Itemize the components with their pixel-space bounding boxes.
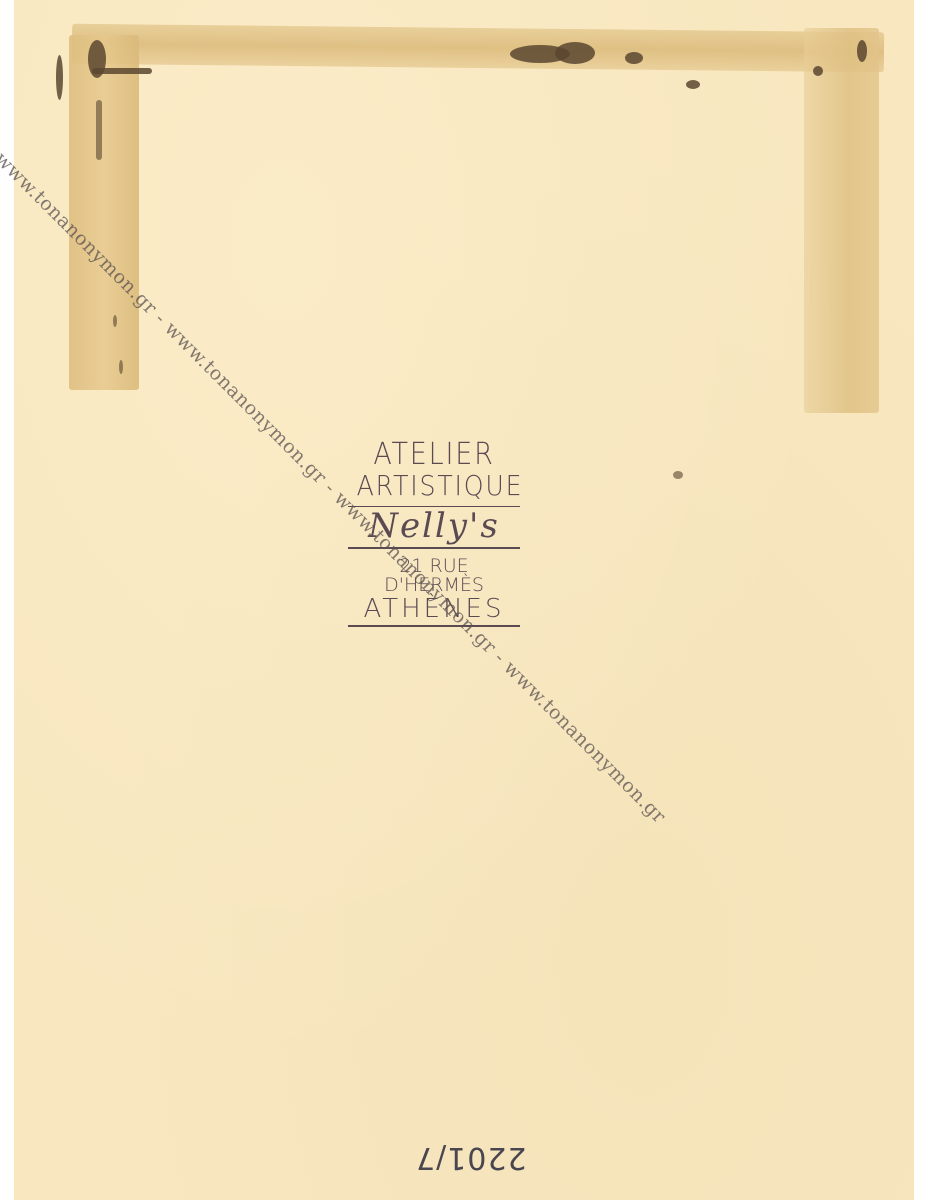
stain-spot xyxy=(113,315,117,327)
stain-spot xyxy=(813,66,823,76)
paint-stroke-right xyxy=(804,28,879,413)
stain-spot xyxy=(857,40,867,62)
stain-spot xyxy=(119,360,123,374)
stain-spot xyxy=(92,68,152,74)
paint-stroke-top xyxy=(72,24,884,73)
paint-stroke-left xyxy=(69,35,139,390)
stain-spot xyxy=(96,100,102,160)
stain-spot xyxy=(686,80,700,89)
stamp-line-artistique: ARTISTIQUE xyxy=(357,472,512,500)
stamp-line-atelier: ATELIER xyxy=(357,440,512,470)
stain-spot xyxy=(555,42,595,64)
stain-spot xyxy=(56,55,63,100)
handwritten-inventory-number: 2201/7 xyxy=(415,1140,527,1175)
stain-spot xyxy=(673,471,683,479)
stain-spot xyxy=(625,52,643,64)
